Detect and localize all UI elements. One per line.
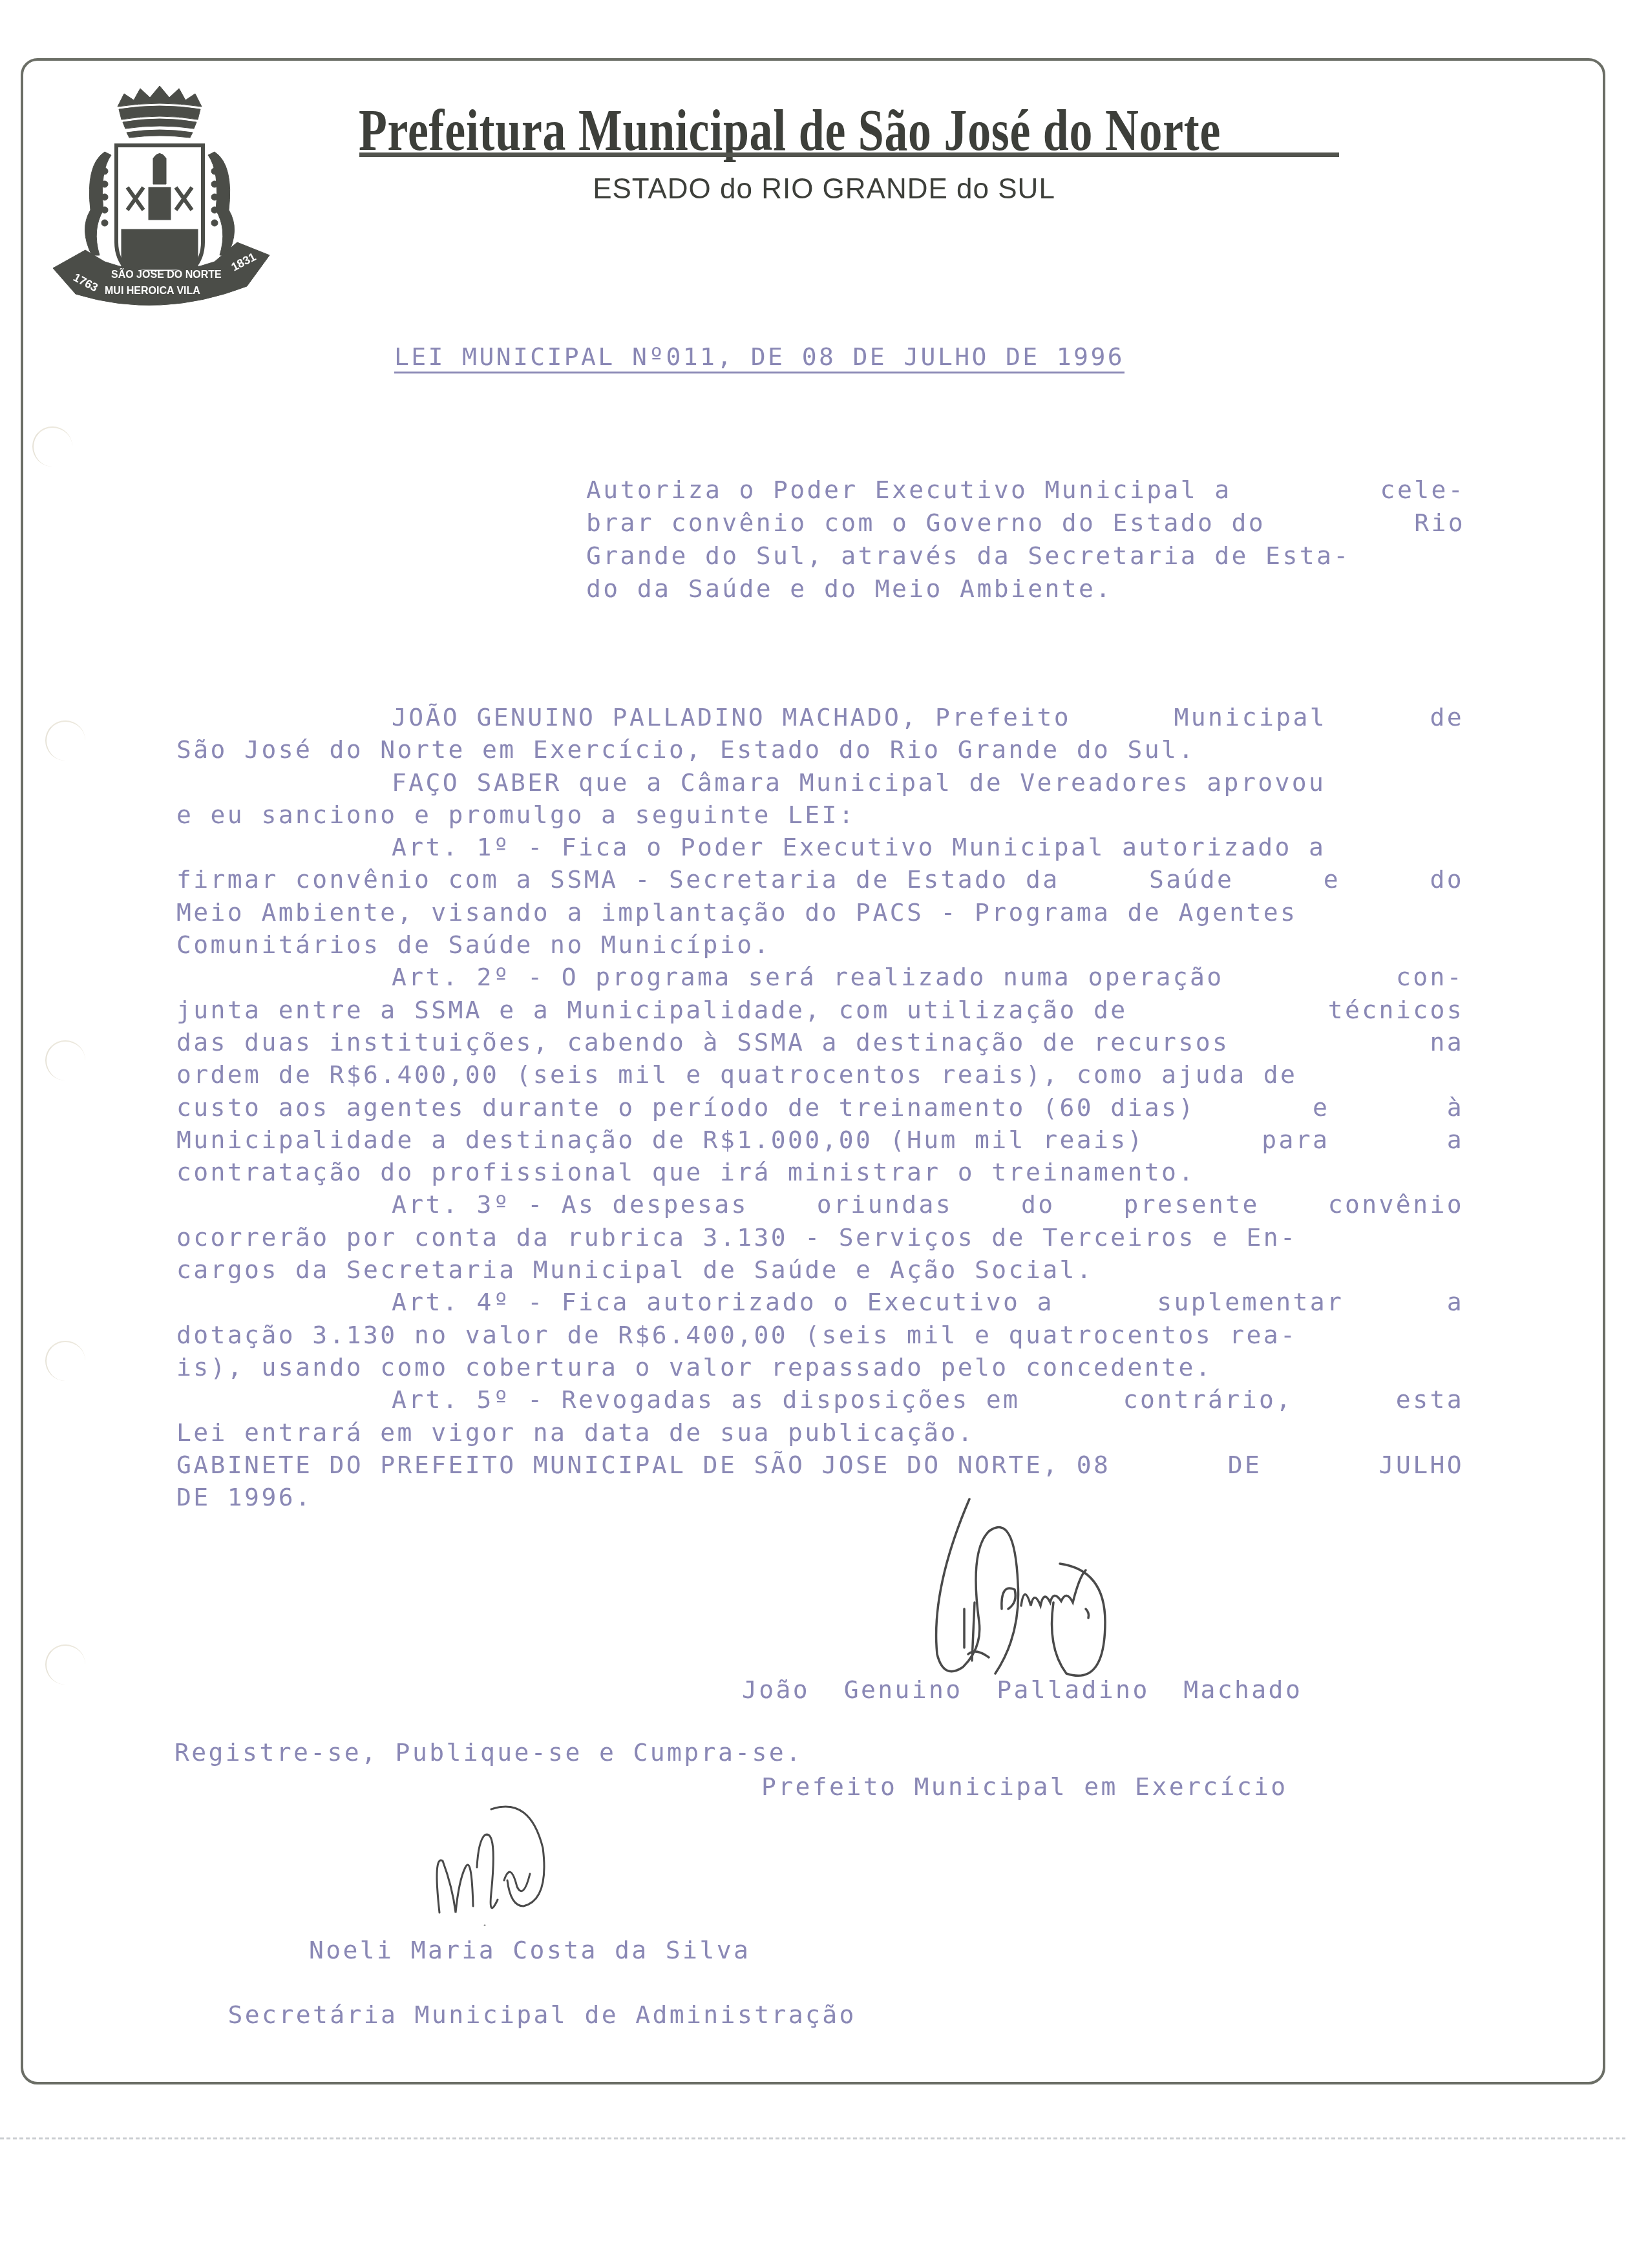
secretary-name: Noeli Maria Costa da Silva <box>194 1934 856 1966</box>
body-text: Saúde <box>1149 863 1234 896</box>
body-line: cargos da Secretaria Municipal de Saúde … <box>176 1254 1464 1286</box>
body-text: suplementar <box>1157 1286 1344 1318</box>
body-text: a <box>1447 1124 1464 1156</box>
body-text: DE <box>1228 1449 1262 1481</box>
body-text: de <box>1430 701 1464 733</box>
body-line: Meio Ambiente, visando a implantação do … <box>176 896 1464 929</box>
body-line: Art. 3º - As despesasoriundasdopresentec… <box>176 1188 1464 1221</box>
body-text: e <box>1324 863 1340 896</box>
mayor-name: João Genuino Palladino Machado <box>742 1674 1302 1706</box>
body-text: do <box>1021 1188 1055 1221</box>
body-text: Art. 4º - Fica autorizado o Executivo a <box>392 1286 1054 1318</box>
body-line: Lei entrará em vigor na data de sua publ… <box>176 1416 1464 1449</box>
summary-text: do da Saúde e do Meio Ambiente. <box>586 574 1113 603</box>
body-text: firmar convênio com a SSMA - Secretaria … <box>176 863 1059 896</box>
letterhead-subtitle: ESTADO do RIO GRANDE do SUL <box>0 173 1648 205</box>
body-text: na <box>1430 1026 1464 1058</box>
body-text: Art. 5º - Revogadas as disposições em <box>392 1383 1020 1416</box>
body-line: ordem de R$6.400,00 (seis mil e quatroce… <box>176 1058 1464 1091</box>
body-line: São José do Norte em Exercício, Estado d… <box>176 733 1464 766</box>
summary-line: Autoriza o Poder Executivo Municipal ace… <box>586 474 1465 507</box>
body-text: DE 1996. <box>176 1483 312 1511</box>
body-line: dotação 3.130 no valor de R$6.400,00 (se… <box>176 1319 1464 1351</box>
summary-line: do da Saúde e do Meio Ambiente. <box>586 572 1465 605</box>
body-text: à <box>1447 1091 1464 1124</box>
summary-line: Grande do Sul, através da Secretaria de … <box>586 540 1465 572</box>
body-text: convênio <box>1328 1188 1464 1221</box>
body-line: e eu sanciono e promulgo a seguinte LEI: <box>176 799 1464 831</box>
body-text: ocorrerão por conta da rubrica 3.130 - S… <box>176 1223 1297 1252</box>
body-line: custo aos agentes durante o período de t… <box>176 1091 1464 1124</box>
law-body: JOÃO GENUINO PALLADINO MACHADO, Prefeito… <box>176 701 1464 1513</box>
summary-line: brar convênio com o Governo do Estado do… <box>586 507 1465 540</box>
body-line: Comunitários de Saúde no Município. <box>176 929 1464 961</box>
body-text: JOÃO GENUINO PALLADINO MACHADO, Prefeito <box>392 701 1071 733</box>
summary-text: Grande do Sul, através da Secretaria de … <box>586 541 1351 570</box>
body-line: is), usando como cobertura o valor repas… <box>176 1351 1464 1383</box>
seal-ribbon-upper: SÃO JOSE DO NORTE <box>111 268 222 280</box>
body-line: Municipalidade a destinação de R$1.000,0… <box>176 1124 1464 1156</box>
letterhead-rule <box>359 152 1339 157</box>
body-text: a <box>1447 1286 1464 1318</box>
body-text: dotação 3.130 no valor de R$6.400,00 (se… <box>176 1321 1297 1349</box>
body-text: Art. 1º - Fica o Poder Executivo Municip… <box>392 833 1326 861</box>
body-line: das duas instituições, cabendo à SSMA a … <box>176 1026 1464 1058</box>
body-text: São José do Norte em Exercício, Estado d… <box>176 735 1196 764</box>
body-text: esta <box>1396 1383 1464 1416</box>
body-text: Art. 3º - As despesas <box>392 1188 748 1221</box>
secretary-role: Secretária Municipal de Administração <box>228 2000 856 2029</box>
secretary-signature-block: Noeli Maria Costa da Silva Secretária Mu… <box>194 1869 856 2031</box>
punch-hole-mark <box>45 720 85 761</box>
summary-text: Autoriza o Poder Executivo Municipal a <box>586 474 1232 507</box>
body-text: FAÇO SABER que a Câmara Municipal de Ver… <box>392 768 1326 797</box>
body-line: Art. 1º - Fica o Poder Executivo Municip… <box>176 831 1464 863</box>
body-text: e <box>1313 1091 1329 1124</box>
body-line: Art. 2º - O programa será realizado numa… <box>176 961 1464 993</box>
closing-formula: Registre-se, Publique-se e Cumpra-se. <box>174 1738 803 1767</box>
body-text: das duas instituições, cabendo à SSMA a … <box>176 1026 1229 1058</box>
punch-hole-mark <box>45 1341 85 1381</box>
body-line: DE 1996. <box>176 1481 1464 1513</box>
body-text: JULHO <box>1379 1449 1464 1481</box>
punch-hole-mark <box>32 426 72 467</box>
seal-ribbon-lower: MUI HEROICA VILA <box>105 286 200 297</box>
mayor-signature-block: João Genuino Palladino Machado Prefeito … <box>742 1609 1302 1835</box>
body-text: junta entre a SSMA e a Municipalidade, c… <box>176 994 1128 1026</box>
body-line: JOÃO GENUINO PALLADINO MACHADO, Prefeito… <box>176 701 1464 733</box>
body-text: contratação do profissional que irá mini… <box>176 1158 1196 1186</box>
body-line: Art. 5º - Revogadas as disposições emcon… <box>176 1383 1464 1416</box>
body-text: is), usando como cobertura o valor repas… <box>176 1353 1212 1381</box>
body-text: do <box>1430 863 1464 896</box>
punch-hole-mark <box>45 1040 85 1080</box>
mayor-role: Prefeito Municipal em Exercício <box>742 1770 1302 1803</box>
body-text: contrário, <box>1123 1383 1293 1416</box>
body-line: firmar convênio com a SSMA - Secretaria … <box>176 863 1464 896</box>
body-text: técnicos <box>1328 994 1464 1026</box>
summary-text: Rio <box>1414 507 1465 540</box>
body-text: con- <box>1396 961 1464 993</box>
body-text: oriundas <box>817 1188 953 1221</box>
body-text: cargos da Secretaria Municipal de Saúde … <box>176 1255 1093 1284</box>
body-text: ordem de R$6.400,00 (seis mil e quatroce… <box>176 1060 1297 1089</box>
body-line: Art. 4º - Fica autorizado o Executivo as… <box>176 1286 1464 1318</box>
perforation-edge <box>0 2137 1625 2139</box>
summary-text: brar convênio com o Governo do Estado do <box>586 507 1265 540</box>
body-line: ocorrerão por conta da rubrica 3.130 - S… <box>176 1221 1464 1254</box>
body-text: Municipal <box>1174 701 1327 733</box>
body-line: GABINETE DO PREFEITO MUNICIPAL DE SÃO JO… <box>176 1449 1464 1481</box>
body-text: Meio Ambiente, visando a implantação do … <box>176 898 1297 927</box>
body-text: para <box>1262 1124 1329 1156</box>
body-text: custo aos agentes durante o período de t… <box>176 1091 1196 1124</box>
body-text: GABINETE DO PREFEITO MUNICIPAL DE SÃO JO… <box>176 1449 1110 1481</box>
body-line: FAÇO SABER que a Câmara Municipal de Ver… <box>176 766 1464 799</box>
body-line: contratação do profissional que irá mini… <box>176 1156 1464 1188</box>
punch-hole-mark <box>45 1644 85 1685</box>
body-text: Lei entrará em vigor na data de sua publ… <box>176 1418 975 1447</box>
law-summary: Autoriza o Poder Executivo Municipal ace… <box>586 474 1465 605</box>
body-line: junta entre a SSMA e a Municipalidade, c… <box>176 994 1464 1026</box>
law-title: LEI MUNICIPAL Nº011, DE 08 DE JULHO DE 1… <box>394 342 1125 371</box>
body-text: e eu sanciono e promulgo a seguinte LEI: <box>176 801 856 829</box>
summary-text: cele- <box>1380 474 1465 507</box>
body-text: Comunitários de Saúde no Município. <box>176 930 771 959</box>
body-text: presente <box>1124 1188 1260 1221</box>
body-text: Municipalidade a destinação de R$1.000,0… <box>176 1124 1145 1156</box>
body-text: Art. 2º - O programa será realizado numa… <box>392 961 1224 993</box>
